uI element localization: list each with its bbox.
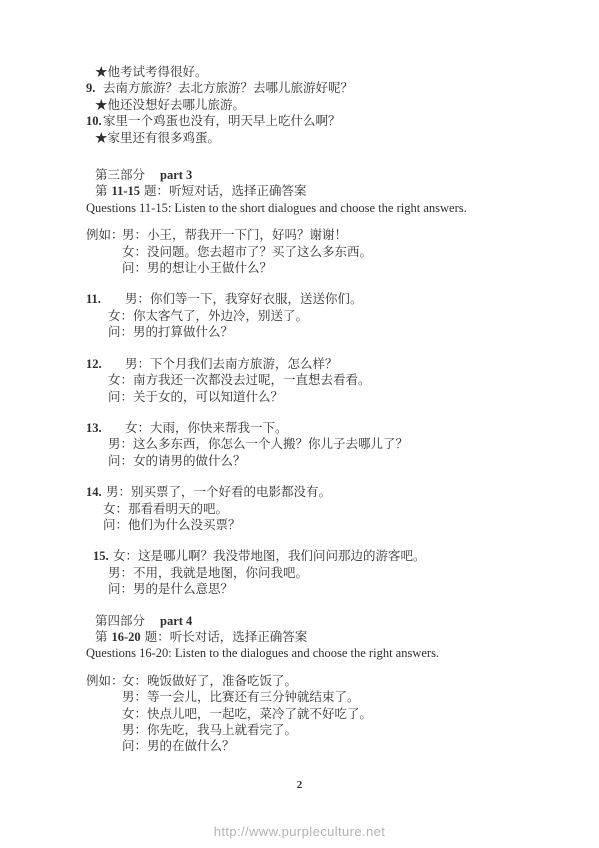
part3-example: 例如：男：小王，帮我开一下门，好吗？谢谢！ 女：没问题。您去超市了？买了这么多东…	[86, 227, 559, 276]
speaker-label: 女：	[125, 421, 150, 435]
dialogue-text: 小王，帮我开一下门，好吗？谢谢！	[147, 228, 347, 242]
answer-line: ★他考试考得很好。	[86, 64, 559, 80]
speaker-label: 问：	[103, 518, 128, 532]
question-block-15: 15.女：这是哪儿啊？我没带地图，我们问问那边的游客吧。 男：不用，我就是地图，…	[86, 548, 559, 597]
dialogue-text: 那看看明天的吧。	[128, 502, 228, 516]
dialogue-text: 你太客气了，外边冷，别送了。	[133, 309, 308, 323]
dialogue-line: 女：南方我还一次都没去过呢，一直想去看看。	[86, 372, 559, 388]
answer-line: ★家里还有很多鸡蛋。	[86, 130, 559, 146]
answer-text: ★他还没想好去哪儿旅游。	[95, 98, 245, 112]
speaker-label: 女：	[108, 373, 133, 387]
dialogue-text: 男的打算做什么？	[133, 325, 233, 339]
question-text: 家里一个鸡蛋也没有，明天早上吃什么啊？	[103, 114, 341, 128]
speaker-label: 问：	[108, 325, 133, 339]
dialogue-line: 问：男的是什么意思？	[93, 581, 559, 597]
dialogue-line: 女：那看看明天的吧。	[86, 501, 559, 517]
dialogue-line: 女：你太客气了，外边冷，别送了。	[86, 308, 559, 324]
question-number: 13.	[86, 420, 125, 436]
page-number: 2	[86, 777, 559, 793]
answer-line: ★他还没想好去哪儿旅游。	[86, 97, 559, 113]
speaker-label: 问：	[108, 454, 133, 468]
dialogue-line: 男：不用，我就是地图，你问我吧。	[93, 565, 559, 581]
speaker-label: 女：	[122, 674, 147, 688]
section-title: 第三部分part 3	[86, 167, 559, 183]
speaker-label: 男：	[122, 228, 147, 242]
section-title-en: part 4	[160, 614, 192, 628]
dialogue-text: 男的是什么意思？	[133, 582, 233, 596]
section-title-cn: 第三部分	[95, 168, 145, 182]
dialogue-line: 问：女的请男的做什么？	[86, 453, 559, 469]
dialogue-line: 男：你先吃，我马上就看完了。	[86, 722, 559, 738]
section-subtitle: 第11-15题：听短对话，选择正确答案	[86, 183, 559, 199]
answer-text: ★家里还有很多鸡蛋。	[95, 131, 220, 145]
speaker-label: 女：	[122, 707, 147, 721]
question-number: 14.	[86, 484, 106, 500]
speaker-label: 问：	[122, 739, 147, 753]
question-range: 16-20	[112, 630, 141, 644]
question-block-13: 13.女：大雨，你快来帮我一下。 男：这么多东西，你怎么一个人搬？你儿子去哪儿了…	[86, 420, 559, 469]
dialogue-line: 女：快点儿吧，一起吃，菜冷了就不好吃了。	[86, 706, 559, 722]
dialogue-text: 他们为什么没买票？	[128, 518, 241, 532]
section-title: 第四部分part 4	[86, 613, 559, 629]
question-block-11: 11.男：你们等一下，我穿好衣服，送送你们。 女：你太客气了，外边冷，别送了。 …	[86, 291, 559, 340]
answer-text: ★他考试考得很好。	[95, 65, 208, 79]
section-title-en: part 3	[160, 168, 192, 182]
speaker-label: 女：	[113, 549, 138, 563]
question-number: 15.	[93, 548, 113, 564]
speaker-label: 女：	[122, 245, 147, 259]
subtitle-prefix: 第	[95, 630, 108, 644]
question-line: 9.去南方旅游？去北方旅游？去哪儿旅游好呢？	[86, 80, 559, 96]
speaker-label: 男：	[125, 357, 150, 371]
question-text: 去南方旅游？去北方旅游？去哪儿旅游好呢？	[103, 81, 353, 95]
dialogue-line: 问：男的打算做什么？	[86, 324, 559, 340]
example-label: 例如：	[86, 227, 122, 243]
question-range: 11-15	[112, 184, 140, 198]
speaker-label: 男：	[108, 566, 133, 580]
part4-header: 第四部分part 4 第16-20题：听长对话，选择正确答案 Questions…	[86, 613, 559, 662]
part3-header: 第三部分part 3 第11-15题：听短对话，选择正确答案 Questions…	[86, 167, 559, 216]
dialogue-text: 快点儿吧，一起吃，菜冷了就不好吃了。	[147, 707, 372, 721]
dialogue-text: 这么多东西，你怎么一个人搬？你儿子去哪儿了？	[133, 437, 408, 451]
question-block-12: 12.男：下个月我们去南方旅游，怎么样？ 女：南方我还一次都没去过呢，一直想去看…	[86, 356, 559, 405]
dialogue-text: 男的想让小王做什么？	[147, 261, 272, 275]
question-number: 9.	[86, 80, 103, 96]
speaker-label: 女：	[103, 502, 128, 516]
speaker-label: 问：	[108, 582, 133, 596]
part2-items: ★他考试考得很好。 9.去南方旅游？去北方旅游？去哪儿旅游好呢？ ★他还没想好去…	[86, 64, 559, 146]
subtitle-suffix: 题：听长对话，选择正确答案	[145, 630, 308, 644]
dialogue-text: 男的在做什么？	[147, 739, 235, 753]
dialogue-text: 不用，我就是地图，你问我吧。	[133, 566, 308, 580]
dialogue-line: 问：他们为什么没买票？	[86, 517, 559, 533]
dialogue-text: 等一会儿，比赛还有三分钟就结束了。	[147, 690, 360, 704]
speaker-label: 问：	[108, 390, 133, 404]
speaker-label: 男：	[108, 437, 133, 451]
dialogue-line: 问：男的在做什么？	[86, 738, 559, 754]
dialogue-line: 男：这么多东西，你怎么一个人搬？你儿子去哪儿了？	[86, 436, 559, 452]
dialogue-line: 女：没问题。您去超市了？买了这么多东西。	[86, 244, 559, 260]
speaker-label: 男：	[122, 723, 147, 737]
dialogue-line: 15.女：这是哪儿啊？我没带地图，我们问问那边的游客吧。	[93, 548, 559, 564]
question-number: 11.	[86, 291, 125, 307]
section-subtitle: 第16-20题：听长对话，选择正确答案	[86, 629, 559, 645]
dialogue-text: 女的请男的做什么？	[133, 454, 246, 468]
question-line: 10.家里一个鸡蛋也没有，明天早上吃什么啊？	[86, 113, 559, 129]
instruction-en: Questions 11-15: Listen to the short dia…	[86, 200, 559, 216]
instruction-en: Questions 16-20: Listen to the dialogues…	[86, 645, 559, 661]
dialogue-text: 大雨，你快来帮我一下。	[150, 421, 288, 435]
part4-example: 例如：女：晚饭做好了，准备吃饭了。 男：等一会儿，比赛还有三分钟就结束了。 女：…	[86, 673, 559, 755]
dialogue-text: 别买票了，一个好看的电影都没有。	[131, 485, 331, 499]
question-block-14: 14.男：别买票了，一个好看的电影都没有。 女：那看看明天的吧。 问：他们为什么…	[86, 484, 559, 533]
dialogue-text: 南方我还一次都没去过呢，一直想去看看。	[133, 373, 371, 387]
dialogue-text: 没问题。您去超市了？买了这么多东西。	[147, 245, 372, 259]
footer-url: http://www.purpleculture.net	[0, 824, 599, 840]
dialogue-text: 晚饭做好了，准备吃饭了。	[147, 674, 297, 688]
dialogue-line: 例如：男：小王，帮我开一下门，好吗？谢谢！	[86, 227, 559, 243]
speaker-label: 男：	[125, 292, 150, 306]
speaker-label: 女：	[108, 309, 133, 323]
question-number: 10.	[86, 113, 103, 129]
subtitle-prefix: 第	[95, 184, 108, 198]
speaker-label: 男：	[122, 690, 147, 704]
dialogue-line: 问：男的想让小王做什么？	[86, 260, 559, 276]
dialogue-text: 你先吃，我马上就看完了。	[147, 723, 297, 737]
document-page: ★他考试考得很好。 9.去南方旅游？去北方旅游？去哪儿旅游好呢？ ★他还没想好去…	[0, 0, 599, 793]
dialogue-line: 11.男：你们等一下，我穿好衣服，送送你们。	[86, 291, 559, 307]
dialogue-line: 问：关于女的，可以知道什么？	[86, 389, 559, 405]
dialogue-text: 这是哪儿啊？我没带地图，我们问问那边的游客吧。	[138, 549, 426, 563]
dialogue-line: 例如：女：晚饭做好了，准备吃饭了。	[86, 673, 559, 689]
dialogue-line: 13.女：大雨，你快来帮我一下。	[86, 420, 559, 436]
subtitle-suffix: 题：听短对话，选择正确答案	[144, 184, 307, 198]
speaker-label: 问：	[122, 261, 147, 275]
dialogue-line: 男：等一会儿，比赛还有三分钟就结束了。	[86, 689, 559, 705]
question-number: 12.	[86, 356, 125, 372]
dialogue-text: 关于女的，可以知道什么？	[133, 390, 283, 404]
example-label: 例如：	[86, 673, 122, 689]
speaker-label: 男：	[106, 485, 131, 499]
dialogue-line: 14.男：别买票了，一个好看的电影都没有。	[86, 484, 559, 500]
dialogue-text: 下个月我们去南方旅游，怎么样？	[150, 357, 338, 371]
dialogue-line: 12.男：下个月我们去南方旅游，怎么样？	[86, 356, 559, 372]
dialogue-text: 你们等一下，我穿好衣服，送送你们。	[150, 292, 363, 306]
section-title-cn: 第四部分	[95, 614, 145, 628]
